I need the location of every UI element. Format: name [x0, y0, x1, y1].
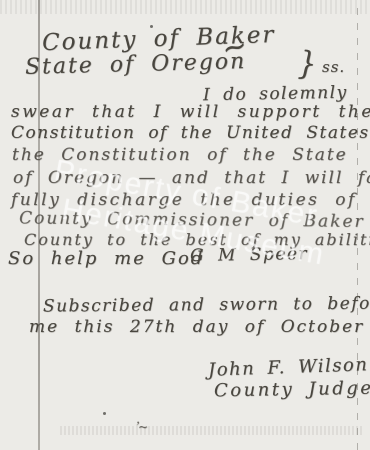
oath-line-4: the Constitution of the State: [12, 145, 348, 165]
scan-noise-bottom: [60, 426, 362, 435]
scanned-document-page: County of Baker ~ State of Oregon } ss. …: [0, 0, 370, 450]
oath-line-6: fully discharge the duties of: [11, 190, 357, 210]
oath-line-3: Constitution of the United States: [11, 123, 370, 143]
oath-line-2: swear that I will support the: [11, 102, 370, 122]
caption-brace: }: [297, 43, 317, 82]
caption-state-line: State of Oregon: [25, 49, 247, 80]
signature-wilson-title: County Judge: [214, 378, 370, 402]
jurat-line-1: Subscribed and sworn to before: [43, 293, 370, 316]
signature-wilson: John F. Wilson: [208, 354, 369, 381]
ink-speck: [103, 412, 106, 415]
scan-noise-top: [0, 0, 370, 14]
jurat-line-2: me this 27th day of October 1862: [29, 317, 370, 337]
oath-line-9: So help me God: [8, 248, 204, 269]
oath-line-7: County Commissioner of Baker: [19, 208, 365, 232]
ink-speck: [150, 25, 153, 28]
oath-line-5: of Oregon — and that I will faith: [13, 168, 370, 188]
caption-ss-abbreviation: ss.: [322, 58, 345, 76]
signature-speer: G M Speer: [190, 244, 308, 266]
ink-squiggle: ⁢︐​~: [126, 418, 148, 435]
